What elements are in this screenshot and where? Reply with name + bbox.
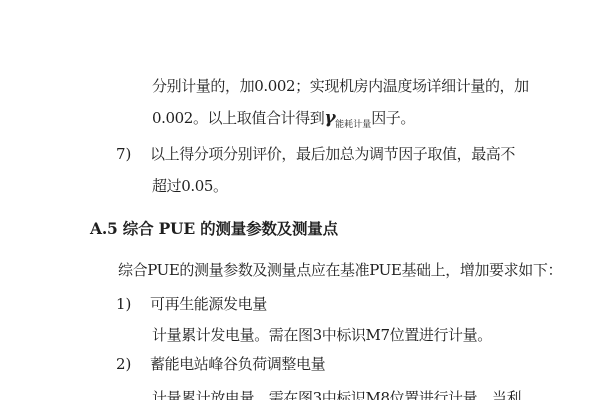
list-item-1-number: 1)	[116, 296, 131, 313]
gamma-factor-subscript: 能耗计量	[335, 120, 371, 130]
list-item-7-text: 以上得分项分别评价，最后加总为调节因子取值，最高不	[150, 146, 515, 163]
document-page: 分别计量的，加0.002；实现机房内温度场详细计量的，加 0.002。以上取值合…	[0, 0, 600, 400]
clause-energy-metering-line2-suffix: 因子。	[371, 109, 415, 127]
list-item-7-continuation: 超过0.05。	[152, 178, 228, 195]
section-a5-intro-paragraph: 综合PUE的测量参数及测量点应在基准PUE基础上，增加要求如下：	[118, 262, 562, 279]
list-item-7-number: 7)	[116, 146, 131, 163]
clause-energy-metering-line2-prefix: 0.002。以上取值合计得到	[152, 109, 324, 127]
clause-energy-metering-line1: 分别计量的，加0.002；实现机房内温度场详细计量的，加	[152, 78, 529, 95]
list-item-2-title: 蓄能电站峰谷负荷调整电量	[150, 356, 325, 373]
list-item-1-title: 可再生能源发电量	[150, 296, 267, 313]
list-item-2-number: 2)	[116, 356, 131, 373]
section-heading-a5: A.5 综合 PUE 的测量参数及测量点	[90, 220, 338, 238]
clause-energy-metering-line2: 0.002。以上取值合计得到γ能耗计量因子。	[152, 110, 415, 134]
list-item-1-detail: 计量累计发电量。需在图3中标识M7位置进行计量。	[152, 327, 492, 344]
gamma-factor-symbol: γ	[324, 108, 335, 128]
list-item-2-detail: 计量累计放电量。需在图3中标识M8位置进行计量。当利	[152, 390, 521, 400]
